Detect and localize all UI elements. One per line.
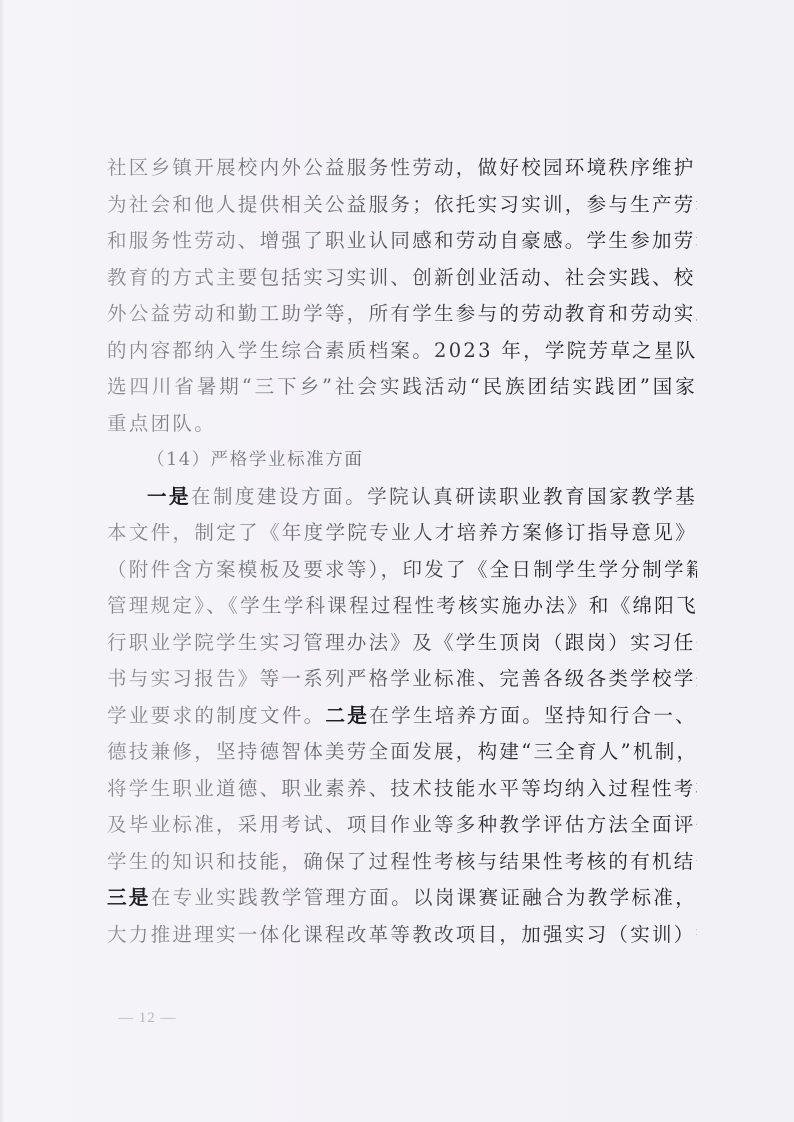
text-line: 重点团队。 <box>107 406 697 443</box>
text-line: 学业要求的制度文件。二是在学生培养方面。坚持知行合一、 <box>107 698 697 735</box>
text-line: 的内容都纳入学生综合素质档案。2023 年，学院芳草之星队入 <box>107 333 697 370</box>
text-line: 一是在制度建设方面。学院认真研读职业教育国家教学基 <box>107 479 697 516</box>
text-line: 为社会和他人提供相关公益服务；依托实习实训，参与生产劳动 <box>107 187 697 224</box>
text-line: 外公益劳动和勤工助学等，所有学生参与的劳动教育和劳动实践 <box>107 296 697 333</box>
point-one-label: 一是 <box>147 485 191 508</box>
text-span: 在学生培养方面。坚持知行合一、 <box>369 704 697 727</box>
text-line: 管理规定》、《学生学科课程过程性考核实施办法》和《绵阳飞 <box>107 588 697 625</box>
document-page: 社区乡镇开展校内外公益服务性劳动，做好校园环境秩序维护， 为社会和他人提供相关公… <box>0 0 794 1122</box>
text-line: 三是在专业实践教学管理方面。以岗课赛证融合为教学标准， <box>107 880 697 917</box>
text-line: 大力推进理实一体化课程改革等教改项目，加强实习（实训）等 <box>107 917 697 954</box>
text-line: 德技兼修，坚持德智体美劳全面发展，构建“三全育人”机制， <box>107 734 697 771</box>
text-line: 学生的知识和技能，确保了过程性考核与结果性考核的有机结合。 <box>107 844 697 881</box>
section-heading: （14）严格学业标准方面 <box>107 442 697 479</box>
text-line: 及毕业标准，采用考试、项目作业等多种教学评估方法全面评估 <box>107 807 697 844</box>
page-number: — 12 — <box>118 1010 177 1027</box>
text-line: （附件含方案模板及要求等），印发了《全日制学生学分制学籍 <box>107 552 697 589</box>
point-two-label: 二是 <box>326 704 370 727</box>
text-line: 行职业学院学生实习管理办法》及《学生顶岗（跟岗）实习任务 <box>107 625 697 662</box>
text-line: 和服务性劳动、增强了职业认同感和劳动自豪感。学生参加劳动 <box>107 223 697 260</box>
text-line: 教育的方式主要包括实习实训、创新创业活动、社会实践、校内 <box>107 260 697 297</box>
scan-edge <box>0 0 4 1122</box>
document-body: 社区乡镇开展校内外公益服务性劳动，做好校园环境秩序维护， 为社会和他人提供相关公… <box>107 150 697 953</box>
text-line: 本文件，制定了《年度学院专业人才培养方案修订指导意见》 <box>107 515 697 552</box>
text-span: 学业要求的制度文件。 <box>107 704 326 727</box>
text-line: 书与实习报告》等一系列严格学业标准、完善各级各类学校学生 <box>107 661 697 698</box>
text-span: 在专业实践教学管理方面。以岗课赛证融合为教学标准， <box>151 886 697 909</box>
text-line: 选四川省暑期“三下乡”社会实践活动“民族团结实践团”国家 <box>107 369 697 406</box>
text-line: 将学生职业道德、职业素养、技术技能水平等均纳入过程性考核 <box>107 771 697 808</box>
point-three-label: 三是 <box>107 886 151 909</box>
text-span: 在制度建设方面。学院认真研读职业教育国家教学基 <box>191 485 697 508</box>
text-line: 社区乡镇开展校内外公益服务性劳动，做好校园环境秩序维护， <box>107 150 697 187</box>
